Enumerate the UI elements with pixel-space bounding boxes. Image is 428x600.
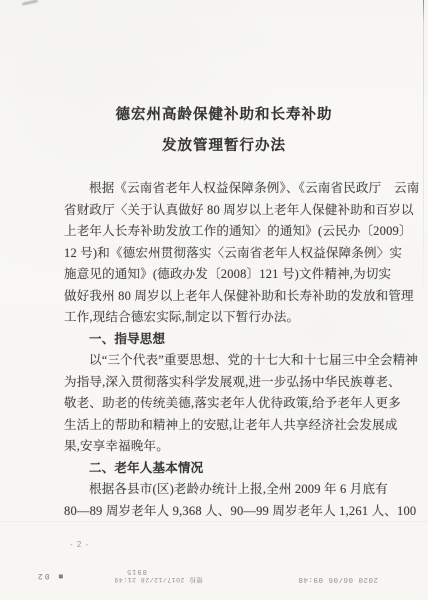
body-line: 工作,现结合德宏实际,制定以下暂行办法。 xyxy=(64,307,386,329)
body-line: 以“三个代表”重要思想、党的十七大和十七届三中全会精神 xyxy=(64,350,386,372)
body-line: 做好我州 80 周岁以上老年人保健补助和长寿补助的发放和管理 xyxy=(64,286,386,308)
body-line: 生活上的帮助和精神上的安慰,让老年人共享经济社会发展成 xyxy=(64,415,386,437)
section-heading-1: 一、指导思想 xyxy=(64,329,386,351)
body-line: 根据各县市(区)老龄办统计上报,全州 2009 年 6 月底有 xyxy=(64,479,386,501)
body-line: 果,安享幸福晚年。 xyxy=(64,436,386,458)
page-number: - 2 - xyxy=(70,540,89,549)
document-title-line1: 德宏州高龄保健补助和长寿补助 xyxy=(64,103,384,124)
section-heading-2: 二、老年人基本情况 xyxy=(64,458,386,480)
body-line: 为指导,深入贯彻落实科学发展观,进一步弘扬中华民族尊老、 xyxy=(64,372,386,394)
scan-stamp-datetime: 2020 06/06 09:48 xyxy=(298,575,378,583)
scan-stamp-counter: 8915 xyxy=(126,567,147,575)
document-page: 德宏州高龄保健补助和长寿补助 发放管理暂行办法 根据《云南省老年人权益保障条例》… xyxy=(0,0,428,600)
document-title-line2: 发放管理暂行办法 xyxy=(64,134,384,155)
scan-corner-smudge xyxy=(22,0,38,6)
scan-stamp-fax-time: 德检 2017/12/28 21:49 xyxy=(114,576,203,585)
body-line: 80—89 周岁老年人 9,368 人、90—99 周岁老年人 1,261 人、… xyxy=(64,501,386,523)
document-body: 根据《云南省老年人权益保障条例》、《云南省民政厅 云南 省财政厅〈关于认真做好 … xyxy=(64,178,386,522)
body-line: 省财政厅〈关于认真做好 80 周岁以上老年人保健补助和百岁以 xyxy=(64,200,386,222)
scan-stamp-mark: ■ 02 xyxy=(36,571,63,580)
body-line: 敬老、助老的传统美德,落实老年人优待政策,给予老年人更多 xyxy=(64,393,386,415)
scan-edge-artifact xyxy=(423,0,424,305)
body-line: 上老年人长寿补助发放工作的通知〉的通知》(云民办〔2009〕 xyxy=(64,221,386,243)
body-line: 12 号)和《德宏州贯彻落实〈云南省老年人权益保障条例〉实 xyxy=(64,243,386,265)
body-line: 根据《云南省老年人权益保障条例》、《云南省民政厅 云南 xyxy=(64,178,386,200)
body-line: 施意见的通知》(德政办发〔2008〕121 号)文件精神,为切实 xyxy=(64,264,386,286)
